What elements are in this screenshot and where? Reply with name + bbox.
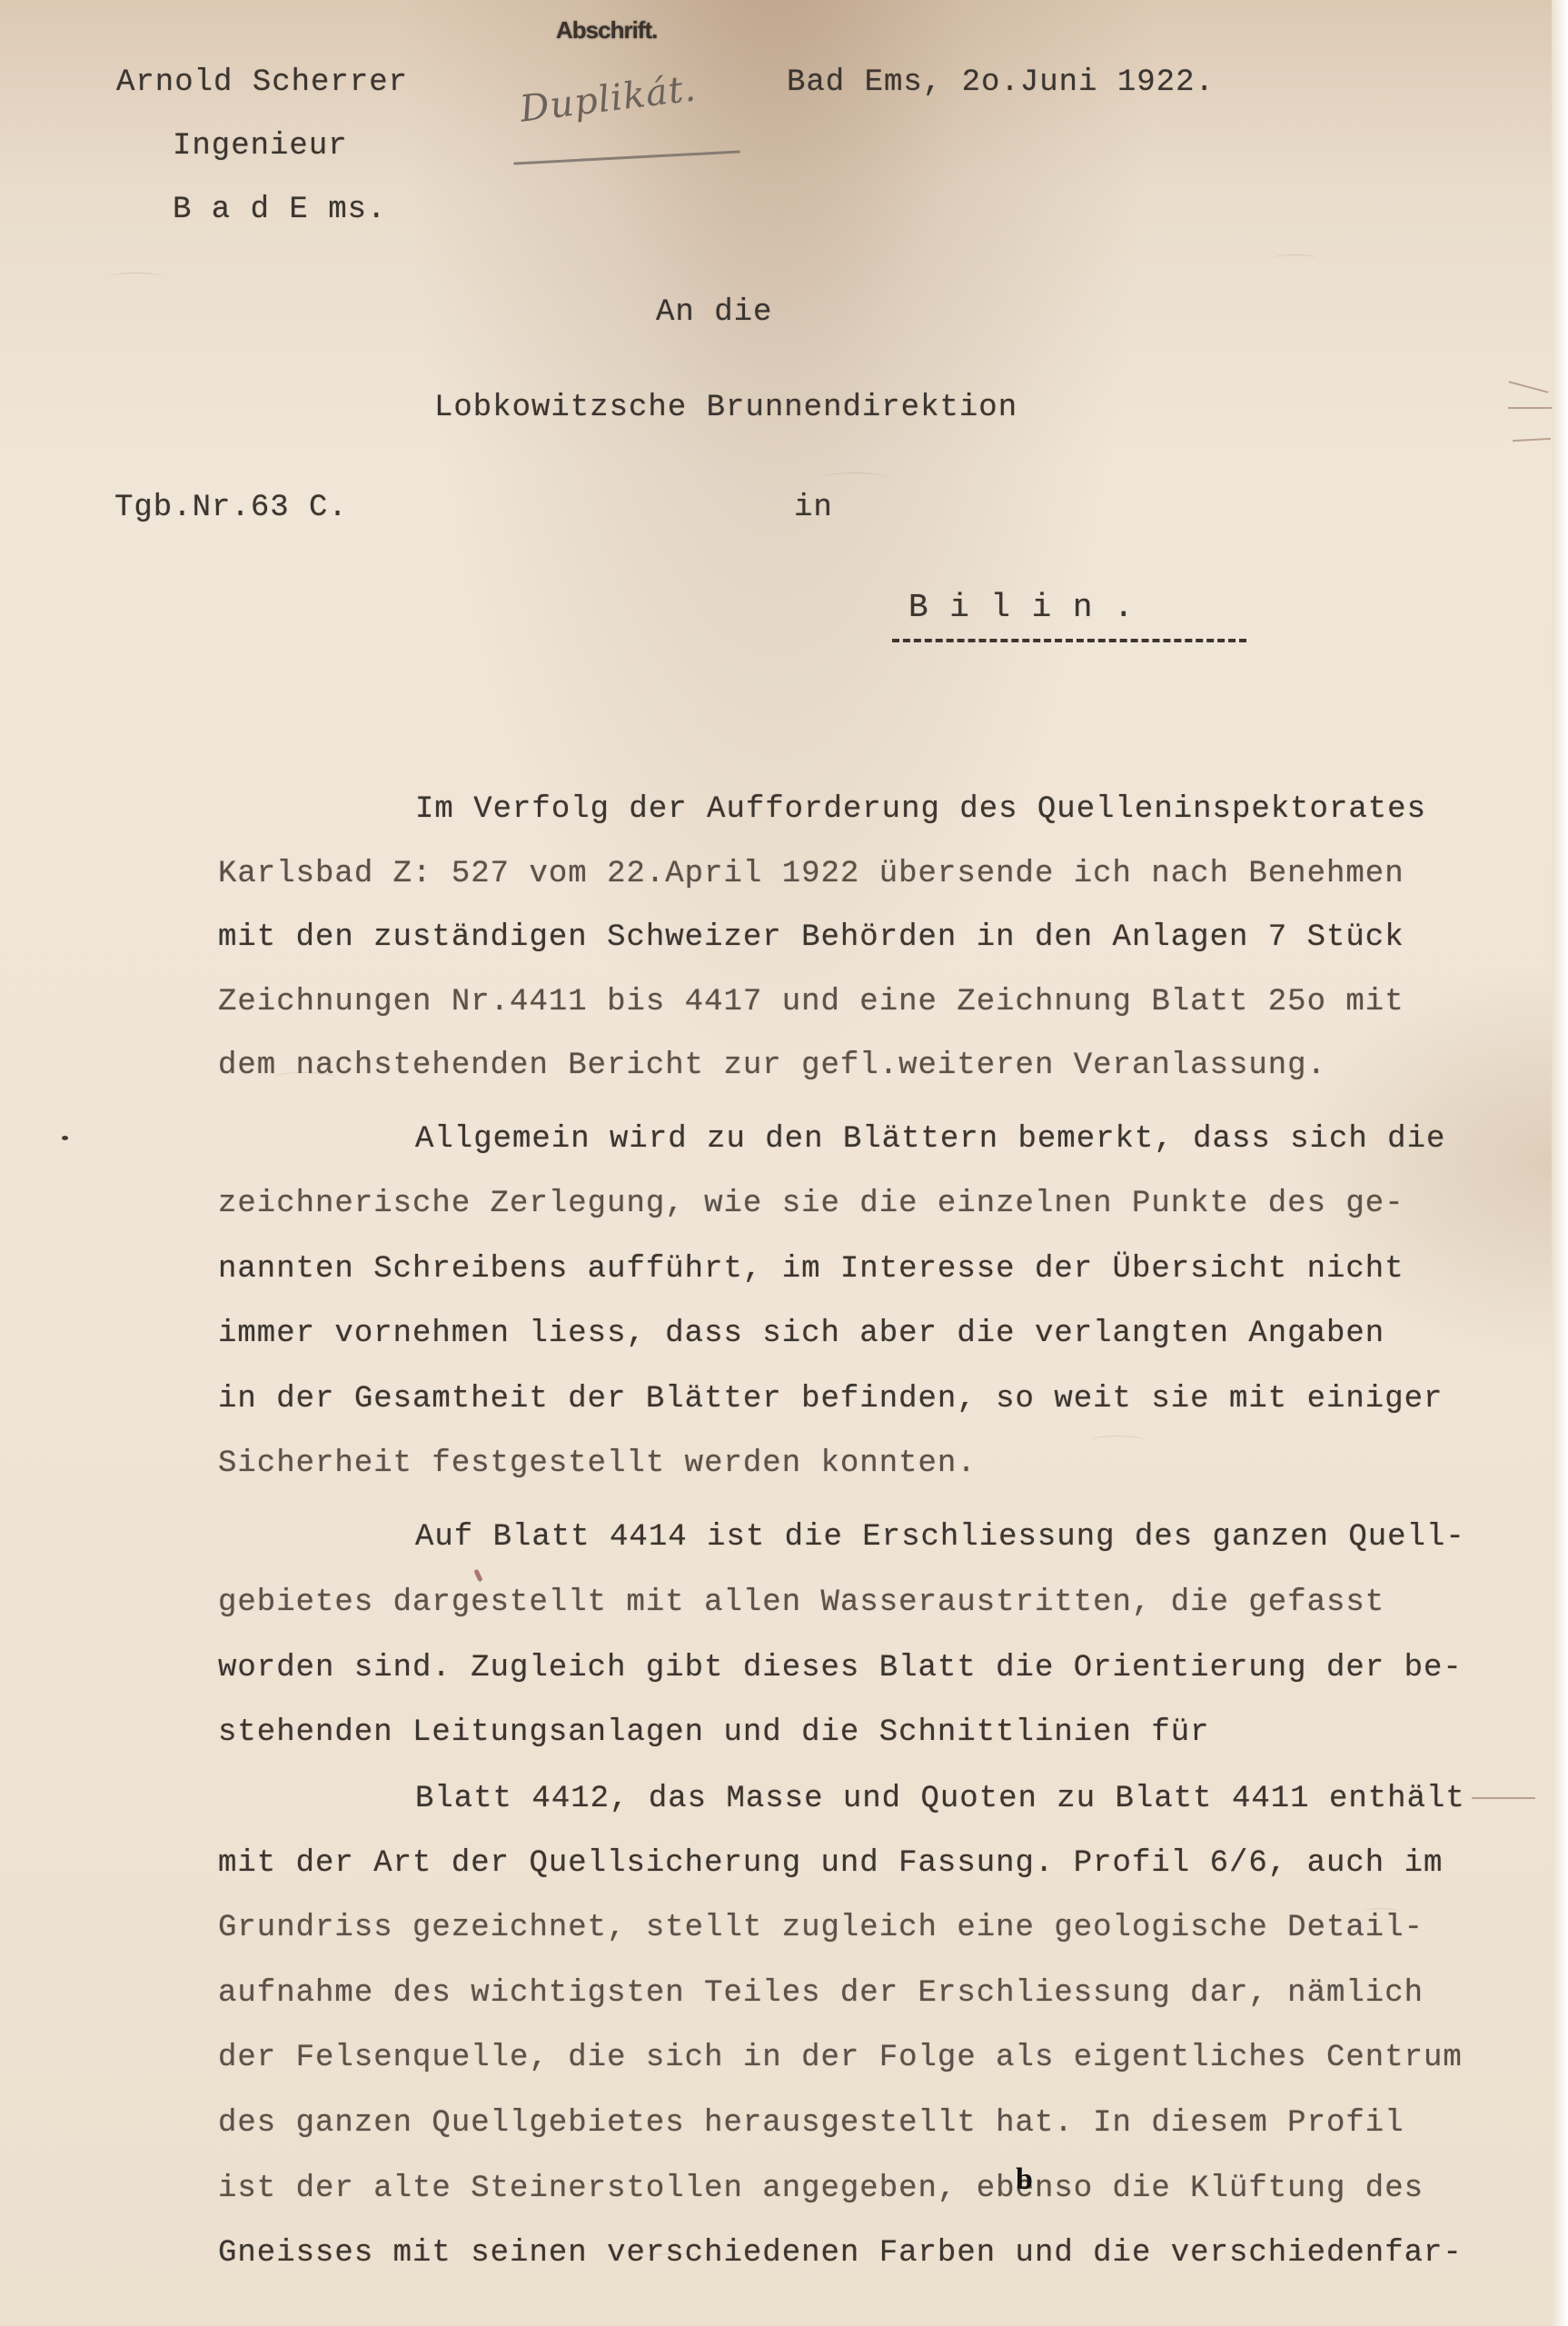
body-line: Allgemein wird zu den Blättern bemerkt, …: [415, 1122, 1445, 1157]
handwritten-duplicate-note: Duplikát.: [518, 67, 699, 130]
body-line: mit den zuständigen Schweizer Behörden i…: [218, 920, 1404, 955]
abschrift-stamp: Abschrift.: [556, 16, 657, 45]
body-line: Karlsbad Z: 527 vom 22.April 1922 überse…: [218, 857, 1404, 891]
body-line: der Felsenquelle, die sich in der Folge …: [218, 2041, 1463, 2075]
page-edge: [1552, 0, 1568, 2326]
body-line: zeichnerische Zerlegung, wie sie die ein…: [218, 1187, 1404, 1221]
paper-tear: [1472, 1797, 1535, 1799]
paper-sheet: Abschrift. Duplikát. Arnold Scherrer Ing…: [0, 0, 1553, 2326]
city-underline: [892, 639, 1246, 642]
body-line: stehenden Leitungsanlagen und die Schnit…: [218, 1715, 1210, 1750]
paper-fiber: [1090, 1436, 1145, 1446]
paper-tear: [1508, 407, 1552, 409]
body-line: worden sind. Zugleich gibt dieses Blatt …: [218, 1651, 1463, 1685]
paper-tear: [1509, 381, 1549, 393]
paper-fiber: [818, 472, 890, 486]
paper-fiber: [109, 273, 164, 283]
body-line: dem nachstehenden Bericht zur gefl.weite…: [218, 1049, 1326, 1083]
recipient-preposition: in: [794, 491, 833, 525]
body-line: nannten Schreibens aufführt, im Interess…: [218, 1252, 1404, 1287]
sender-title: Ingenieur: [173, 129, 348, 164]
recipient-city: B i l i n .: [908, 589, 1135, 626]
red-pencil-mark: [473, 1569, 482, 1583]
correction-mark: b: [1016, 2162, 1033, 2197]
body-line: in der Gesamtheit der Blätter befinden, …: [218, 1382, 1443, 1416]
body-line: Grundriss gezeichnet, stellt zugleich ei…: [218, 1911, 1424, 1945]
date-line: Bad Ems, 2o.Juni 1922.: [787, 65, 1215, 100]
body-line: aufnahme des wichtigsten Teiles der Ersc…: [218, 1976, 1424, 2011]
body-line: immer vornehmen liess, dass sich aber di…: [218, 1317, 1384, 1351]
body-line: Im Verfolg der Aufforderung des Quelleni…: [415, 792, 1426, 827]
paper-tear: [1513, 438, 1551, 442]
body-line: mit der Art der Quellsicherung und Fassu…: [218, 1846, 1443, 1881]
body-line: Blatt 4412, das Masse und Quoten zu Blat…: [415, 1782, 1465, 1816]
paper-fiber: [1272, 254, 1317, 263]
reference-number: Tgb.Nr.63 C.: [114, 491, 348, 525]
body-line: des ganzen Quellgebietes herausgestellt …: [218, 2106, 1404, 2141]
recipient-organization: Lobkowitzsche Brunnendirektion: [434, 391, 1017, 425]
body-line: Auf Blatt 4414 ist die Erschliessung des…: [415, 1520, 1465, 1555]
body-line: ist der alte Steinerstollen angegeben, e…: [218, 2172, 1424, 2206]
sender-city: B a d E ms.: [173, 193, 386, 227]
recipient-salutation: An die: [656, 295, 772, 330]
body-line: Gneisses mit seinen verschiedenen Farben…: [218, 2236, 1463, 2271]
ink-spot: [62, 1136, 68, 1140]
sender-name: Arnold Scherrer: [116, 65, 408, 100]
body-line: Sicherheit festgestellt werden konnten.: [218, 1446, 977, 1481]
body-line: Zeichnungen Nr.4411 bis 4417 und eine Ze…: [218, 985, 1404, 1019]
body-line: gebietes dargestellt mit allen Wasseraus…: [218, 1585, 1384, 1620]
handwritten-underline: [513, 150, 740, 164]
